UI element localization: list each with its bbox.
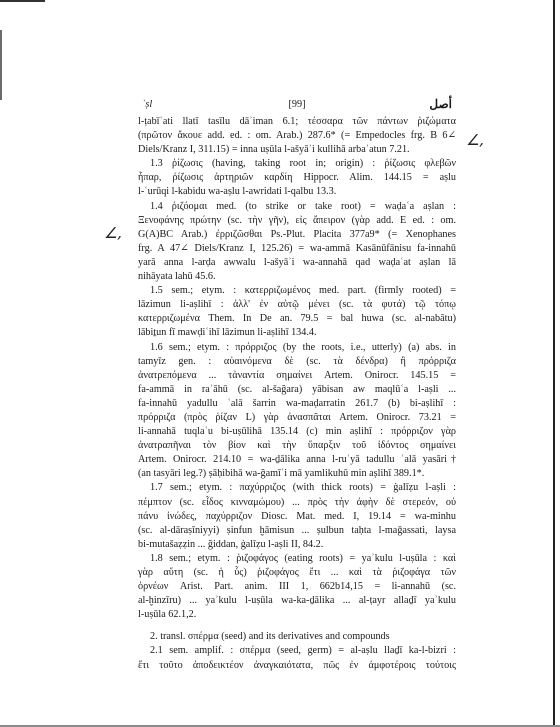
text-line: li-annahā tuqlaʿu bi-uṣūlihā 135.14 (c) … xyxy=(138,425,456,439)
text-line: al-ḫinzīru) ... yaʾkulu l-uṣūla wa-ka-ḏā… xyxy=(138,594,456,608)
text-line: 2. transl. σπέρμα (seed) and its derivat… xyxy=(138,630,456,644)
text-line: Artem. Onirocr. 214.10 = wa-ḏālika anna … xyxy=(138,453,456,467)
text-line: 1.6 sem.; etym. : πρόρριζος (by the root… xyxy=(138,341,456,355)
text-line: lābiṯun fī mawḍiʿihī lāzimun li-aṣlihī 1… xyxy=(138,326,456,340)
text-line: l-uṣūla 62.1,2. xyxy=(138,608,456,622)
dictionary-page: ʾṣl [99] أصل l-ṭabīʿati llatī tasīlu dāʾ… xyxy=(138,98,456,673)
text-line: πρόρριζα (πρὸς ῥίζαν L) γὰρ ἀνασπᾶται Ar… xyxy=(138,411,456,425)
text-line: 1.5 sem.; etym. : κατερριζωμένος med. pa… xyxy=(138,284,456,298)
text-line: ὀρνέων Arist. Part. anim. III 1, 662b14,… xyxy=(138,580,456,594)
text-line: 1.7 sem.; etym. : παχύρριζος (with thick… xyxy=(138,481,456,495)
text-line: nihāyata lahū 45.6. xyxy=(138,270,456,284)
text-line: fa-ammā in raʾāhū (sc. al-šağara) yābisa… xyxy=(138,383,456,397)
text-line: 2.1 sem. amplif. : σπέρμα (seed, germ) =… xyxy=(138,644,456,658)
text-line: yarā anna l-arḍa awwalu l-ašyāʾi wa-anna… xyxy=(138,256,456,270)
text-line: 1.3 ῥίζωσις (having, taking root in; ori… xyxy=(138,157,456,171)
running-head-root-arabic: أصل xyxy=(429,97,452,111)
page-number: [99] xyxy=(138,98,456,112)
text-line: Ξενοφάνης πρώτην (sc. τὴν γῆν), εἰς ἄπει… xyxy=(138,214,456,228)
margin-correction-mark-right: ∠, xyxy=(465,131,486,149)
margin-correction-mark-left: ∠, xyxy=(103,224,124,242)
text-line: κατερριζωμένα Them. In De an. 79.5 = bal… xyxy=(138,312,456,326)
scan-edge-right xyxy=(553,0,555,727)
text-line: ἧπαρ, ῥίζωσις ἀρτηριῶν καρδίη Hippocr. A… xyxy=(138,171,456,185)
text-line: ἀνατρεπόμενα ... τἀναντία σημαίνει Artem… xyxy=(138,369,456,383)
text-line: l-ṭabīʿati llatī tasīlu dāʾiman 6.1; τέσ… xyxy=(138,115,456,129)
text-line: G(A)BC Arab.) ἐρριζῶσθαι Ps.-Plut. Placi… xyxy=(138,228,456,242)
text-line: (an tasyāri leg.?) ṣāḥibihā wa-ğamīʿi mā… xyxy=(138,467,456,481)
text-line: πάνυ ἰνώδες, παχύρριζον Diosc. Mat. med.… xyxy=(138,510,456,524)
scan-edge-top xyxy=(0,0,45,2)
text-line: lāzimun li-aṣlihī : ἀλλ' ἐν αὐτῷ μένει (… xyxy=(138,298,456,312)
text-line: Diels/Kranz I, 311.15) = inna uṣūla l-aš… xyxy=(138,143,456,157)
text-line: 1.4 ῥιζόομαι med. (to strike or take roo… xyxy=(138,200,456,214)
scan-edge-left xyxy=(0,30,2,100)
text-line: ἔτι τοῦτο ἀποδεικτέον ἀναγκαιότατα, πῶς … xyxy=(138,659,456,673)
text-line: bi-mutašaẓẓin ... ğiddan, ġalīẓu l-aṣli … xyxy=(138,538,456,552)
entry-body-text: l-ṭabīʿati llatī tasīlu dāʾiman 6.1; τέσ… xyxy=(138,115,456,673)
running-head: ʾṣl [99] أصل xyxy=(138,98,456,112)
text-line: (sc. al-dāraṣīniyyi) ṣinfun ḫāmisun ... … xyxy=(138,524,456,538)
text-line: (πρῶτον ἄκουε add. ed. : om. Arab.) 287.… xyxy=(138,129,456,143)
text-line: πέμπτον (sc. εἶδος κινναμώμου) ... πρὸς … xyxy=(138,496,456,510)
text-line: γὰρ αὕτη (sc. ἡ ὗς) ῥιζοφάγος ἔτι ... κα… xyxy=(138,566,456,580)
text-line: ἀνατραπῆναι τὸν βίον καὶ τὴν ὕπαρξιν τοῦ… xyxy=(138,439,456,453)
text-line: tamyīz gen. : αὐαινόμενα δὲ (sc. τὰ δένδ… xyxy=(138,355,456,369)
text-line: 1.8 sem.; etym. : ῥιζοφάγος (eating root… xyxy=(138,552,456,566)
text-line: fa-innahū yadullu ʿalā šarrin wa-maḍarra… xyxy=(138,397,456,411)
text-line: frg. A 47∠ Diels/Kranz I, 125.26) = wa-a… xyxy=(138,242,456,256)
text-line: l-ʿurūqi l-kabidu wa-aṣlu l-awridati l-q… xyxy=(138,185,456,199)
